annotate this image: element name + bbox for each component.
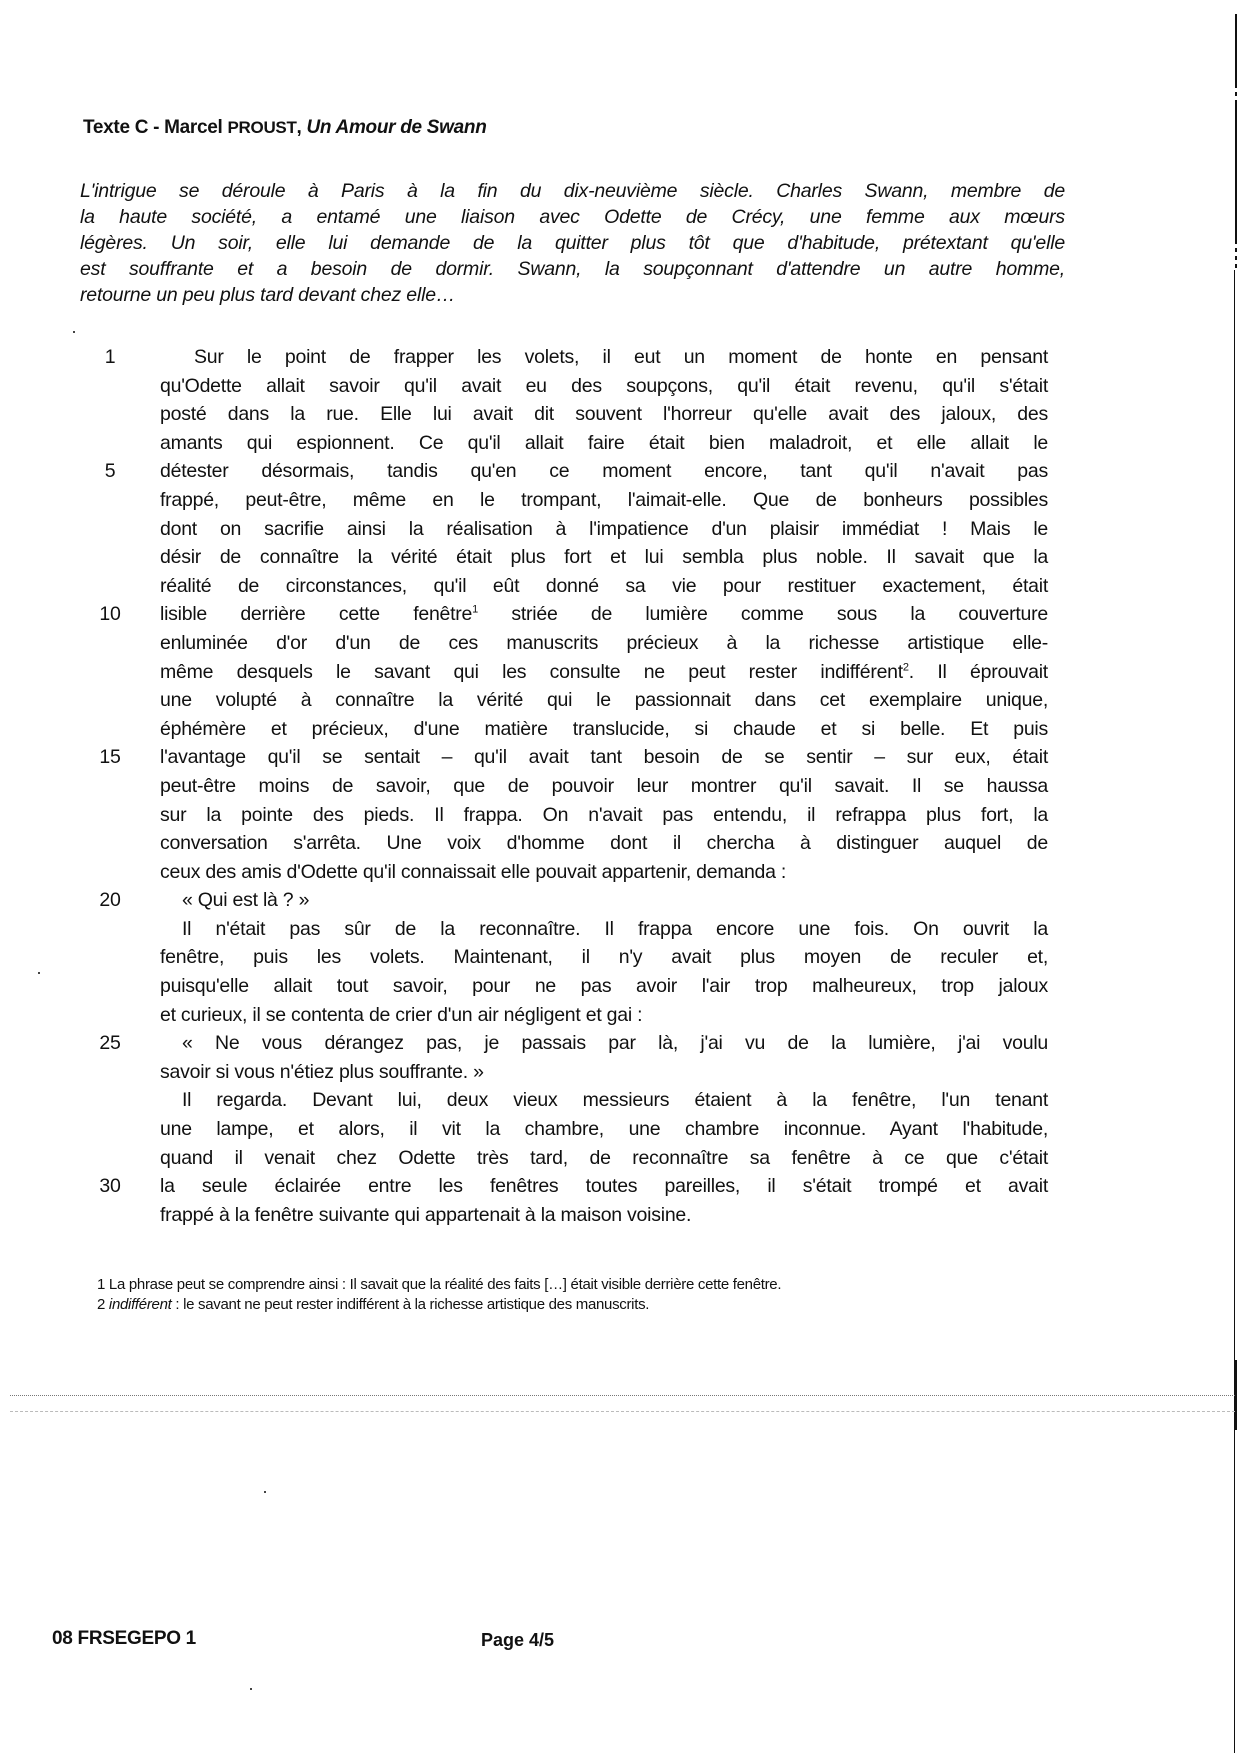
document-code: 08 FRSEGEPO 1 xyxy=(52,1628,196,1650)
page-number: Page 4/5 xyxy=(481,1630,554,1651)
text-line: sur la pointe des pieds. Il frappa. On n… xyxy=(160,801,1048,830)
scan-edge-line xyxy=(1235,100,1237,240)
text-line: 10lisible derrière cette fenêtre1 striée… xyxy=(160,600,1048,629)
text-line: éphémère et précieux, d'une matière tran… xyxy=(160,715,1048,744)
text-line: amants qui espionnent. Ce qu'il allait f… xyxy=(160,429,1048,458)
scan-speck xyxy=(250,1688,252,1690)
text-line: qu'Odette allait savoir qu'il avait eu d… xyxy=(160,372,1048,401)
intro-line: légères. Un soir, elle lui demande de la… xyxy=(80,230,1065,256)
text-line: Il regarda. Devant lui, deux vieux messi… xyxy=(160,1086,1048,1115)
title-author: PROUST xyxy=(228,118,297,137)
text-line: désir de connaître la vérité était plus … xyxy=(160,543,1048,572)
intro-line: L'intrigue se déroule à Paris à la fin d… xyxy=(80,178,1065,204)
intro-line: la haute société, a entamé une liaison a… xyxy=(80,204,1065,230)
scan-edge-line xyxy=(1235,60,1237,100)
line-number: 1 xyxy=(90,343,130,372)
dotted-divider xyxy=(10,1395,1235,1396)
intro-paragraph: L'intrigue se déroule à Paris à la fin d… xyxy=(80,178,1065,308)
text-line: quand il venait chez Odette très tard, d… xyxy=(160,1144,1048,1173)
text-line: même desquels le savant qui les consulte… xyxy=(160,658,1048,687)
scan-speck xyxy=(38,972,40,974)
scan-speck xyxy=(73,331,75,333)
text-line: une lampe, et alors, il vit la chambre, … xyxy=(160,1115,1048,1144)
text-line: conversation s'arrêta. Une voix d'homme … xyxy=(160,829,1048,858)
text-line: peut-être moins de savoir, que de pouvoi… xyxy=(160,772,1048,801)
text-line: 30la seule éclairée entre les fenêtres t… xyxy=(160,1172,1048,1201)
scanned-page: Texte C - Marcel PROUST, Un Amour de Swa… xyxy=(0,0,1248,1753)
text-line: puisqu'elle allait tout savoir, pour ne … xyxy=(160,972,1048,1001)
text-line: et curieux, il se contenta de crier d'un… xyxy=(160,1001,1048,1030)
text-line: une volupté à connaître la vérité qui le… xyxy=(160,686,1048,715)
line-number: 30 xyxy=(90,1172,130,1201)
text-line: savoir si vous n'étiez plus souffrante. … xyxy=(160,1058,1048,1087)
title-prefix: Texte C - Marcel xyxy=(83,117,228,138)
title-work: Un Amour de Swann xyxy=(307,117,487,138)
footnote-2: 2 indifférent : le savant ne peut rester… xyxy=(97,1295,781,1315)
intro-line: retourne un peu plus tard devant chez el… xyxy=(80,282,1065,308)
line-number: 20 xyxy=(90,886,130,915)
line-number: 25 xyxy=(90,1029,130,1058)
scan-edge-line xyxy=(1235,1360,1237,1430)
line-number: 5 xyxy=(90,457,130,486)
title-separator: , xyxy=(297,117,307,138)
excerpt-text: 1Sur le point de frapper les volets, il … xyxy=(160,343,1048,1229)
text-line: enluminée d'or d'un de ces manuscrits pr… xyxy=(160,629,1048,658)
text-line: frappé à la fenêtre suivante qui apparte… xyxy=(160,1201,1048,1230)
text-line: posté dans la rue. Elle lui avait dit so… xyxy=(160,400,1048,429)
text-line: 25« Ne vous dérangez pas, je passais par… xyxy=(160,1029,1048,1058)
footnotes: 1 La phrase peut se comprendre ainsi : I… xyxy=(97,1275,781,1315)
text-line: 15l'avantage qu'il se sentait – qu'il av… xyxy=(160,743,1048,772)
text-line: 5détester désormais, tandis qu'en ce mom… xyxy=(160,457,1048,486)
scan-edge-line xyxy=(1235,240,1237,270)
document-title: Texte C - Marcel PROUST, Un Amour de Swa… xyxy=(83,117,487,139)
text-line: 1Sur le point de frapper les volets, il … xyxy=(160,343,1048,372)
line-number: 15 xyxy=(90,743,130,772)
text-line: 20« Qui est là ? » xyxy=(160,886,1048,915)
text-line: dont on sacrifie ainsi la réalisation à … xyxy=(160,515,1048,544)
text-line: réalité de circonstances, qu'il eût donn… xyxy=(160,572,1048,601)
scan-speck xyxy=(264,1491,266,1493)
dotted-divider xyxy=(10,1411,1235,1412)
text-line: fenêtre, puis les volets. Maintenant, il… xyxy=(160,943,1048,972)
intro-line: est souffrante et a besoin de dormir. Sw… xyxy=(80,256,1065,282)
text-line: frappé, peut-être, même en le trompant, … xyxy=(160,486,1048,515)
footnote-1: 1 La phrase peut se comprendre ainsi : I… xyxy=(97,1275,781,1295)
text-line: Il n'était pas sûr de la reconnaître. Il… xyxy=(160,915,1048,944)
text-line: ceux des amis d'Odette qu'il connaissait… xyxy=(160,858,1048,887)
line-number: 10 xyxy=(90,600,130,629)
scan-edge-line xyxy=(1234,270,1235,1753)
